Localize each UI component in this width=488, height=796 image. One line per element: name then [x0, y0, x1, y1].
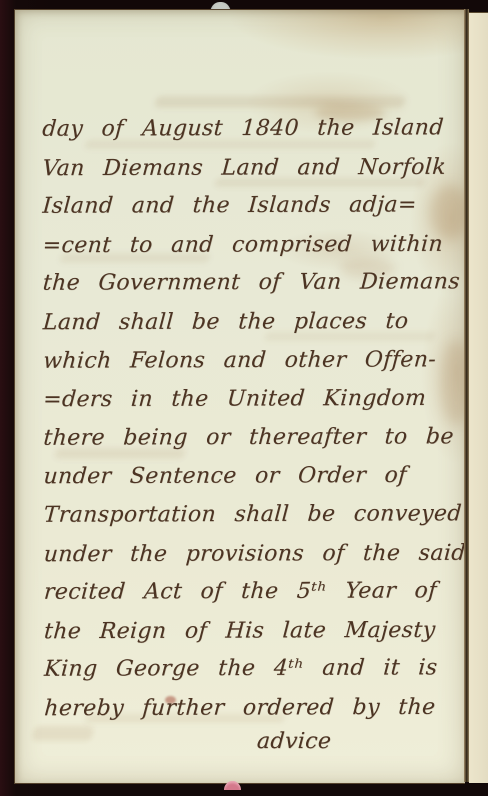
scanned-manuscript: day of August 1840 the IslandVan Diemans… [0, 0, 488, 796]
manuscript-line: =ders in the United Kingdom [42, 379, 465, 419]
bleedthrough-smudge [32, 726, 95, 741]
manuscript-line: King George the 4ᵗʰ and it is [43, 649, 466, 689]
manuscript-line: day of August 1840 the Island [41, 108, 464, 148]
catchword: advice [256, 729, 332, 754]
manuscript-line: Van Diemans Land and Norfolk [41, 147, 464, 187]
manuscript-line: =cent to and comprised within [41, 225, 464, 265]
manuscript-line: Island and the Islands adja= [41, 185, 464, 225]
manuscript-line: Land shall be the places to [42, 302, 465, 342]
bleedthrough-smudge [154, 96, 406, 108]
manuscript-line: which Felons and other Offen- [42, 340, 465, 380]
manuscript-line: recited Act of the 5ᵗʰ Year of [43, 571, 466, 611]
manuscript-text: day of August 1840 the IslandVan Diemans… [41, 108, 463, 727]
adjacent-page-edge [469, 12, 488, 783]
manuscript-line: under the provisions of the said [43, 533, 466, 573]
manuscript-line: hereby further ordered by the [43, 688, 466, 728]
manuscript-line: the Reign of His late Majesty [43, 610, 466, 650]
manuscript-page: day of August 1840 the IslandVan Diemans… [14, 9, 465, 784]
manuscript-line: Transportation shall be conveyed [42, 494, 465, 534]
manuscript-line: under Sentence or Order of [42, 456, 465, 496]
manuscript-line: the Government of Van Diemans [42, 263, 465, 303]
manuscript-line: there being or thereafter to be [42, 417, 465, 457]
